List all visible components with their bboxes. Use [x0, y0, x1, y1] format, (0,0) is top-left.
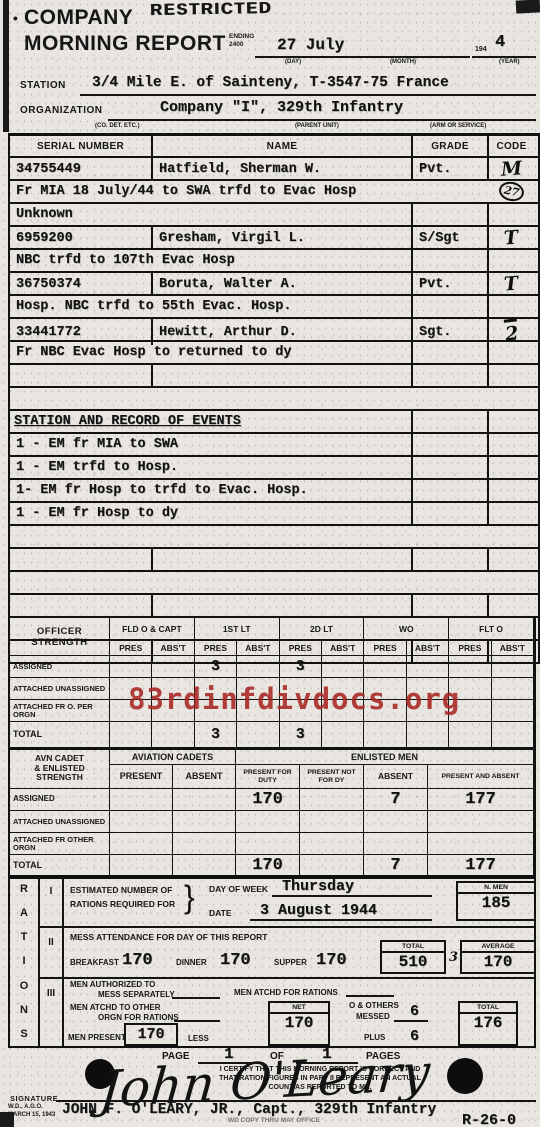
grade-value: S/Sgt	[413, 231, 460, 246]
cell	[492, 700, 534, 722]
col-absent: ABSENT	[173, 765, 236, 789]
group-enlisted-men: ENLISTED MEN	[236, 749, 534, 765]
net-value: 170	[285, 1014, 314, 1032]
men-authorized-label: MEN AUTHORIZED TO	[70, 980, 155, 989]
events-title: STATION AND RECORD OF EVENTS	[10, 414, 241, 429]
event-row: 1 - EM trfd to Hosp.	[10, 457, 538, 480]
name-value: Boruta, Walter A.	[153, 277, 297, 292]
name-value: Hewitt, Arthur D.	[153, 325, 297, 340]
cell	[492, 656, 534, 678]
cell	[110, 855, 173, 877]
cell: 3	[195, 722, 237, 748]
blank-row	[10, 572, 538, 595]
cell: 177	[428, 855, 534, 877]
blank-row	[10, 549, 538, 572]
org-sublabel-co: (CO. DET. ETC.)	[95, 123, 140, 129]
col-code: CODE	[489, 141, 534, 152]
code-mark: T	[504, 273, 520, 296]
n-men-value: 185	[482, 894, 511, 912]
rations-side-label: R A T I O N S	[10, 877, 40, 1046]
serial-value: 36750374	[10, 277, 81, 292]
month-label: (MONTH)	[390, 59, 416, 65]
name-value: Gresham, Virgil L.	[153, 231, 305, 246]
section-numeral-3: III	[40, 979, 64, 1046]
table-row: 34755449 Hatfield, Sherman W. Pvt. M	[10, 158, 538, 181]
date-label: DATE	[209, 908, 232, 918]
corner-mark: R-26-0	[462, 1112, 516, 1127]
average-label: AVERAGE	[462, 942, 534, 953]
event-line: 1- EM fr Hosp to trfd to Evac. Hosp.	[10, 483, 308, 498]
breakfast-value: 170	[122, 951, 153, 970]
station-value: 3/4 Mile E. of Sainteny, T-3547-75 Franc…	[92, 75, 449, 91]
cell	[364, 722, 406, 748]
section-numeral-2: II	[40, 928, 64, 977]
subcol-pres: PRES	[195, 640, 237, 656]
table-row: 36750374 Boruta, Walter A. Pvt. T	[10, 273, 538, 296]
col-absent-em: ABSENT	[364, 765, 428, 789]
row-attached-fr-other-orgn: ATTACHED FR OTHER ORGN	[10, 833, 110, 855]
cell	[428, 833, 534, 855]
average-box: AVERAGE 170	[460, 940, 536, 974]
bullet-mark: •	[13, 10, 18, 26]
ending-time: 2400	[229, 41, 243, 48]
cell	[300, 789, 364, 811]
blank-row	[10, 365, 538, 388]
cell	[110, 811, 173, 833]
table-row: NBC trfd to 107th Evac Hosp	[10, 250, 538, 273]
group-1st-lt: 1ST LT	[195, 618, 280, 640]
rations-total-value: 176	[474, 1014, 503, 1032]
remark-text: Fr MIA 18 July/44 to SWA trfd to Evac Ho…	[10, 184, 356, 199]
orgn-for-rations-label: ORGN FOR RATIONS	[98, 1013, 179, 1022]
form-title-line2: MORNING REPORT	[24, 32, 226, 56]
cell	[110, 656, 152, 678]
blank-row	[10, 595, 538, 618]
group-aviation-cadets: AVIATION CADETS	[110, 749, 236, 765]
cell	[492, 678, 534, 700]
serial-value: 33441772	[10, 325, 81, 340]
subcol-abst: ABS'T	[152, 640, 194, 656]
supper-value: 170	[316, 951, 347, 970]
rations-total-box: TOTAL 176	[458, 1001, 518, 1046]
event-row: 1 - EM fr MIA to SWA	[10, 434, 538, 457]
atchd-underline	[346, 981, 394, 997]
cell	[173, 855, 236, 877]
cell	[364, 833, 428, 855]
cell	[173, 833, 236, 855]
net-label: NET	[270, 1003, 328, 1014]
cell: 177	[428, 789, 534, 811]
est-label-2: RATIONS REQUIRED FOR	[70, 899, 175, 909]
row-attached-unassigned: ATTACHED UNASSIGNED	[10, 811, 110, 833]
grade-value: Pvt.	[413, 162, 451, 177]
col-present: PRESENT	[110, 765, 173, 789]
subcol-abst: ABS'T	[237, 640, 279, 656]
cell	[300, 833, 364, 855]
cell	[237, 722, 279, 748]
cell	[152, 656, 194, 678]
cell	[407, 656, 449, 678]
rations-row-3: III MEN AUTHORIZED TO MESS SEPARATELY ME…	[40, 979, 534, 1046]
enlisted-strength-table: AVN CADET & ENLISTED STRENGTH AVIATION C…	[8, 747, 536, 879]
o-and-others-label: O & OTHERS	[349, 1001, 399, 1010]
copy-note: WD COPY THRU MAY OFFICE	[228, 1117, 320, 1124]
total-label: TOTAL	[382, 942, 444, 953]
organization-value: Company "I", 329th Infantry	[160, 99, 403, 116]
group-flt-o: FLT O	[449, 618, 534, 640]
remark-text: Unknown	[10, 207, 73, 222]
cell	[322, 656, 364, 678]
rations-total-label: TOTAL	[460, 1003, 516, 1014]
signature-label: SIGNATURE	[10, 1094, 58, 1103]
report-date: 27 July	[277, 36, 344, 54]
table-row: Unknown	[10, 204, 538, 227]
table-row: Hosp. NBC trfd to 55th Evac. Hosp.	[10, 296, 538, 319]
code-mark: M	[500, 157, 523, 180]
cell	[173, 811, 236, 833]
personnel-table: SERIAL NUMBER NAME GRADE CODE 34755449 H…	[8, 133, 540, 664]
cell	[428, 811, 534, 833]
ending-label: ENDING	[229, 33, 254, 40]
cell	[322, 722, 364, 748]
cell: 170	[236, 789, 300, 811]
cell	[300, 855, 364, 877]
rations-row-2: II MESS ATTENDANCE FOR DAY OF THIS REPOR…	[40, 928, 534, 979]
restricted-stamp: RESTRICTED	[150, 0, 273, 20]
code-mark-circled: 27	[497, 180, 526, 204]
messed-value: 6	[410, 1003, 419, 1020]
row-total: TOTAL	[10, 855, 110, 877]
cell	[110, 722, 152, 748]
orgn-underline	[174, 1006, 220, 1022]
table-row: 33441772 Hewitt, Arthur D. Sgt. 2	[10, 319, 538, 342]
cell: 3	[195, 656, 237, 678]
breakfast-label: BREAKFAST	[70, 958, 119, 967]
mess-separately-label: MESS SEPARATELY	[98, 990, 175, 999]
row-assigned: ASSIGNED	[10, 789, 110, 811]
form-id-line-2: MARCH 15, 1943	[8, 1112, 55, 1118]
subcol-pres: PRES	[110, 640, 152, 656]
group-wo: WO	[364, 618, 449, 640]
remark-text: Hosp. NBC trfd to 55th Evac. Hosp.	[10, 299, 291, 314]
remark-text: Fr NBC Evac Hosp to returned to dy	[10, 345, 291, 360]
cell	[110, 789, 173, 811]
col-present-for-duty: PRESENT FOR DUTY	[236, 765, 300, 789]
table-row: Fr MIA 18 July/44 to SWA trfd to Evac Ho…	[10, 181, 538, 204]
men-atchd-for-rations-label: MEN ATCHD FOR RATIONS	[234, 988, 338, 997]
event-line: 1 - EM fr MIA to SWA	[10, 437, 178, 452]
cell	[236, 833, 300, 855]
dinner-label: DINNER	[176, 958, 207, 967]
plus-value: 6	[410, 1028, 419, 1045]
messed-label: MESSED	[356, 1012, 390, 1021]
cell: 3	[280, 722, 322, 748]
cell: 170	[236, 855, 300, 877]
average-value: 170	[484, 953, 513, 971]
org-sublabel-parent: (PARENT UNIT)	[295, 123, 339, 129]
serial-value: 6959200	[10, 231, 73, 246]
cell	[152, 722, 194, 748]
net-box: NET 170	[268, 1001, 330, 1046]
subcol-abst: ABS'T	[407, 640, 449, 656]
n-men-box: N. MEN 185	[456, 881, 536, 921]
col-present-and-absent: PRESENT AND ABSENT	[428, 765, 534, 789]
cell	[492, 722, 534, 748]
men-atchd-other-label: MEN ATCHD TO OTHER	[70, 1003, 161, 1012]
men-present-label: MEN PRESENT	[68, 1033, 126, 1042]
subcol-abst: ABS'T	[322, 640, 364, 656]
serial-value: 34755449	[10, 162, 81, 177]
col-grade: GRADE	[413, 141, 487, 152]
cell	[236, 811, 300, 833]
cell	[110, 833, 173, 855]
event-line: 1 - EM fr Hosp to dy	[10, 506, 178, 521]
cell	[449, 656, 491, 678]
subcol-pres: PRES	[364, 640, 406, 656]
scan-edge-mark	[3, 0, 9, 132]
est-label-1: ESTIMATED NUMBER OF	[70, 885, 172, 895]
subcol-abst: ABS'T	[492, 640, 534, 656]
grade-value: Sgt.	[413, 325, 451, 340]
blank-row	[10, 388, 538, 411]
cell	[364, 656, 406, 678]
cell: 7	[364, 855, 428, 877]
less-label: LESS	[188, 1034, 209, 1043]
men-present-box: 170	[124, 1023, 178, 1046]
day-underline	[272, 879, 432, 897]
grade-value: Pvt.	[413, 277, 451, 292]
cell	[407, 722, 449, 748]
section-numeral-1: I	[40, 877, 64, 926]
group-fldo-capt: FLD O & CAPT	[110, 618, 195, 640]
organization-label: ORGANIZATION	[20, 105, 102, 116]
form-id-line-1: W.D., A.G.O.	[8, 1104, 43, 1110]
event-line: 1 - EM trfd to Hosp.	[10, 460, 178, 475]
mess-attendance-label: MESS ATTENDANCE FOR DAY OF THIS REPORT	[70, 932, 267, 942]
name-value: Hatfield, Sherman W.	[153, 162, 321, 177]
total-value: 510	[399, 953, 428, 971]
cell	[300, 811, 364, 833]
cell	[237, 656, 279, 678]
group-2d-lt: 2D LT	[280, 618, 365, 640]
supper-label: SUPPER	[274, 958, 307, 967]
col-present-not-for-dy: PRESENT NOT FOR DY	[300, 765, 364, 789]
date-underline2	[250, 903, 432, 921]
hand-note: 3	[449, 950, 458, 965]
event-row: 1 - EM fr Hosp to dy	[10, 503, 538, 526]
code-mark: T	[504, 227, 520, 250]
officer-strength-corner: OFFICER STRENGTH	[10, 618, 110, 656]
year-value: 4	[495, 33, 505, 52]
row-assigned: ASSIGNED	[10, 656, 110, 678]
dinner-value: 170	[220, 951, 251, 970]
mess-sep-underline	[172, 983, 220, 999]
station-label: STATION	[20, 80, 66, 91]
table-row: 6959200 Gresham, Virgil L. S/Sgt T	[10, 227, 538, 250]
remark-text: NBC trfd to 107th Evac Hosp	[10, 253, 235, 268]
scan-corner-smudge	[516, 0, 540, 14]
code-mark: 2	[504, 318, 520, 345]
cell	[173, 789, 236, 811]
cell	[364, 811, 428, 833]
cell: 7	[364, 789, 428, 811]
plus-label: PLUS	[364, 1033, 385, 1042]
subcol-pres: PRES	[280, 640, 322, 656]
row-attached-fr-other: ATTACHED FR O. PER ORGN	[10, 700, 110, 722]
total-box: TOTAL 510	[380, 940, 446, 974]
row-total: TOTAL	[10, 722, 110, 748]
col-name: NAME	[153, 141, 411, 152]
men-present-value: 170	[137, 1026, 164, 1043]
rations-row-1: I ESTIMATED NUMBER OF RATIONS REQUIRED F…	[40, 877, 534, 928]
table-row: Fr NBC Evac Hosp to returned to dy	[10, 342, 538, 365]
form-title-line1: COMPANY	[24, 6, 133, 30]
subcol-pres: PRES	[449, 640, 491, 656]
cell: 3	[280, 656, 322, 678]
brace: }	[184, 879, 195, 916]
personnel-header-row: SERIAL NUMBER NAME GRADE CODE	[10, 136, 538, 158]
blank-row	[10, 526, 538, 549]
row-attached-unassigned: ATTACHED UNASSIGNED	[10, 678, 110, 700]
col-serial-number: SERIAL NUMBER	[10, 141, 151, 152]
website-watermark: 83rdinfdivdocs.org	[128, 682, 460, 716]
day-label: (DAY)	[285, 59, 301, 65]
events-title-row: STATION AND RECORD OF EVENTS	[10, 411, 538, 434]
org-sublabel-arm: (ARM OR SERVICE)	[430, 123, 486, 129]
rations-section: R A T I O N S I ESTIMATED NUMBER OF RATI…	[8, 875, 536, 1048]
event-row: 1- EM fr Hosp to trfd to Evac. Hosp.	[10, 480, 538, 503]
enlisted-strength-corner: AVN CADET & ENLISTED STRENGTH	[10, 749, 110, 789]
year-label: (YEAR)	[499, 59, 520, 65]
cell	[449, 722, 491, 748]
morning-report-document: • COMPANY RESTRICTED MORNING REPORT ENDI…	[0, 0, 540, 1127]
n-men-label: N. MEN	[458, 883, 534, 894]
day-of-week-label: DAY OF WEEK	[209, 884, 268, 894]
